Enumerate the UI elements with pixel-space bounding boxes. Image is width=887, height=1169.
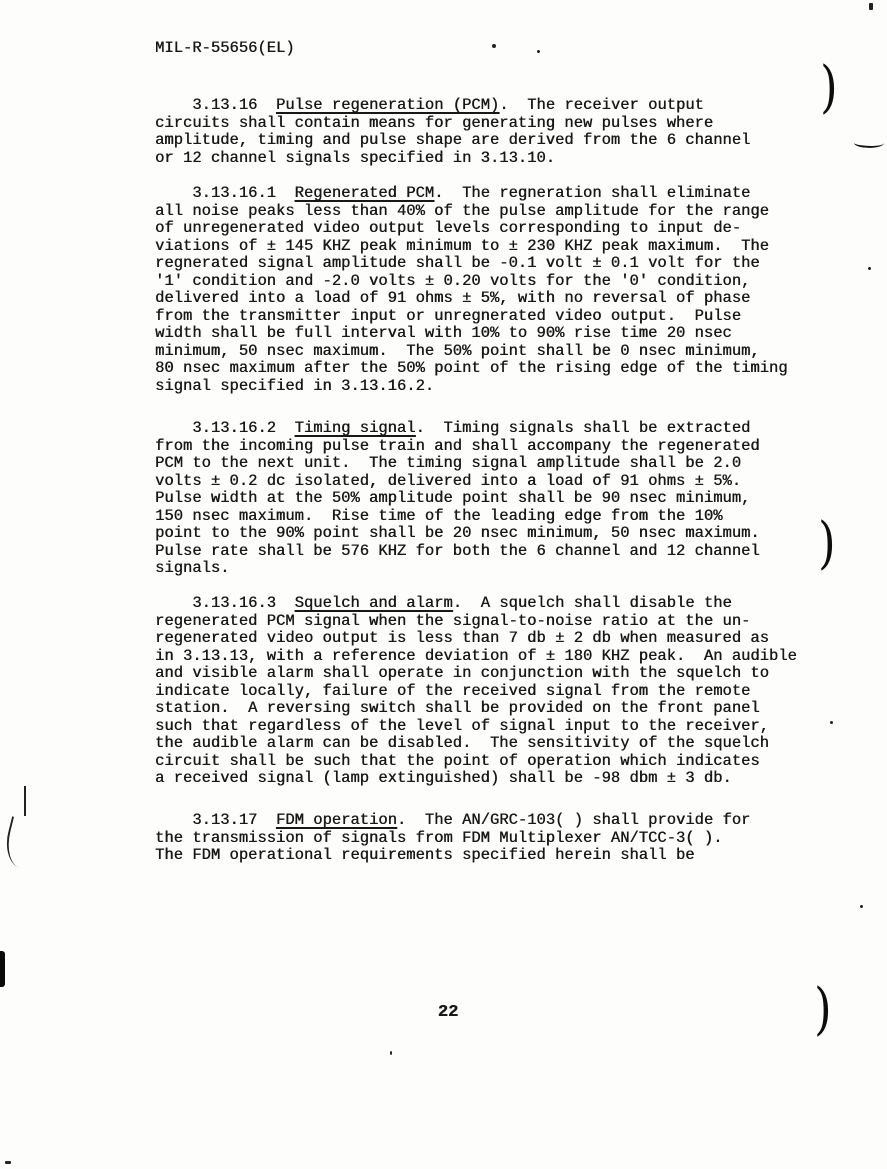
paragraph-first-line-rest: . The AN/GRC-103( ) shall provide for: [397, 811, 750, 829]
paragraph-indent: [155, 594, 192, 612]
text-line: in 3.13.13, with a reference deviation o…: [155, 648, 855, 666]
paragraph-3.13.17: 3.13.17 FDM operation. The AN/GRC-103( )…: [155, 812, 855, 865]
paragraph-heading: Regenerated PCM: [295, 184, 435, 202]
scan-speck: [492, 44, 496, 48]
text-line: width shall be full interval with 10% to…: [155, 325, 855, 343]
heading-gap: [257, 811, 276, 829]
scan-artifact-left-slash: [0, 816, 31, 867]
heading-gap: [276, 419, 295, 437]
paragraph-first-line: 3.13.16 Pulse regeneration (PCM). The re…: [155, 97, 855, 115]
paragraph-first-line: 3.13.16.3 Squelch and alarm. A squelch s…: [155, 595, 855, 613]
paragraph-3.13.16: 3.13.16 Pulse regeneration (PCM). The re…: [155, 97, 855, 167]
text-line: point to the 90% point shall be 20 nsec …: [155, 525, 855, 543]
text-line: regnerated signal amplitude shall be -0.…: [155, 255, 855, 273]
text-line: such that regardless of the level of sig…: [155, 718, 855, 736]
paragraph-first-line-rest: . A squelch shall disable the: [453, 594, 732, 612]
text-line: the transmission of signals from FDM Mul…: [155, 830, 855, 848]
scan-speck: [860, 905, 863, 908]
text-line: 80 nsec maximum after the 50% point of t…: [155, 360, 855, 378]
text-line: delivered into a load of 91 ohms ± 5%, w…: [155, 290, 855, 308]
text-line: all noise peaks less than 40% of the pul…: [155, 203, 855, 221]
paragraph-first-line-rest: . The receiver output: [499, 96, 704, 114]
doc-number: MIL-R-55656(EL): [155, 39, 295, 57]
text-line: '1' condition and -2.0 volts ± 0.20 volt…: [155, 273, 855, 291]
paragraph-number: 3.13.16.2: [192, 419, 276, 437]
paragraph-3.13.16.3: 3.13.16.3 Squelch and alarm. A squelch s…: [155, 595, 855, 788]
text-line: signal specified in 3.13.16.2.: [155, 378, 855, 396]
heading-gap: [276, 184, 295, 202]
scan-artifact-left-bold-mark: [0, 951, 5, 987]
text-line: circuit shall be such that the point of …: [155, 753, 855, 771]
paragraph-first-line-rest: . Timing signals shall be extracted: [415, 419, 750, 437]
text-line: amplitude, timing and pulse shape are de…: [155, 132, 855, 150]
paragraph-indent: [155, 184, 192, 202]
paragraph-indent: [155, 811, 192, 829]
heading-gap: [276, 594, 295, 612]
heading-gap: [257, 96, 276, 114]
scan-artifact-dash: [854, 137, 885, 149]
paragraph-number: 3.13.17: [192, 811, 257, 829]
document-page: MIL-R-55656(EL) 3.13.16 Pulse regenerati…: [0, 0, 887, 1169]
paragraph-number: 3.13.16.3: [192, 594, 276, 612]
paragraph-3.13.16.2: 3.13.16.2 Timing signal. Timing signals …: [155, 420, 855, 578]
paragraph-number: 3.13.16: [192, 96, 257, 114]
text-line: 150 nsec maximum. Rise time of the leadi…: [155, 508, 855, 526]
text-line: and visible alarm shall operate in conju…: [155, 665, 855, 683]
scan-speck: [5, 1161, 11, 1164]
scan-speck: [869, 3, 873, 10]
text-line: indicate locally, failure of the receive…: [155, 683, 855, 701]
paragraph-heading: Timing signal: [295, 419, 416, 437]
paragraph-first-line-rest: . The regneration shall eliminate: [434, 184, 750, 202]
text-line: volts ± 0.2 dc isolated, delivered into …: [155, 473, 855, 491]
paragraph-first-line: 3.13.17 FDM operation. The AN/GRC-103( )…: [155, 812, 855, 830]
text-line: the audible alarm can be disabled. The s…: [155, 735, 855, 753]
scan-speck: [390, 1051, 392, 1055]
paragraph-heading: FDM operation: [276, 811, 397, 829]
text-line: minimum, 50 nsec maximum. The 50% point …: [155, 343, 855, 361]
text-line: The FDM operational requirements specifi…: [155, 847, 855, 865]
text-line: regenerated PCM signal when the signal-t…: [155, 613, 855, 631]
scan-speck: [868, 267, 871, 270]
paragraph-3.13.16.1: 3.13.16.1 Regenerated PCM. The regnerati…: [155, 185, 855, 395]
paragraph-first-line: 3.13.16.2 Timing signal. Timing signals …: [155, 420, 855, 438]
scan-artifact-paren-top-right: ): [820, 60, 837, 116]
page-number: 22: [428, 1003, 468, 1022]
paragraph-heading: Squelch and alarm: [295, 594, 453, 612]
paragraph-number: 3.13.16.1: [192, 184, 276, 202]
text-line: a received signal (lamp extinguished) sh…: [155, 770, 855, 788]
scan-speck: [830, 721, 833, 724]
text-line: station. A reversing switch shall be pro…: [155, 700, 855, 718]
paragraph-heading: Pulse regeneration (PCM): [276, 96, 499, 114]
scan-artifact-paren-bottom-right: ): [814, 982, 831, 1038]
scan-artifact-paren-mid-right: ): [818, 516, 835, 572]
paragraph-indent: [155, 96, 192, 114]
text-line: signals.: [155, 560, 855, 578]
text-line: from the transmitter input or unregnerat…: [155, 308, 855, 326]
text-line: of unregenerated video output levels cor…: [155, 220, 855, 238]
text-line: Pulse width at the 50% amplitude point s…: [155, 490, 855, 508]
scan-artifact-left-tick: [24, 786, 26, 816]
text-line: PCM to the next unit. The timing signal …: [155, 455, 855, 473]
text-line: viations of ± 145 KHZ peak minimum to ± …: [155, 238, 855, 256]
text-line: or 12 channel signals specified in 3.13.…: [155, 150, 855, 168]
paragraph-first-line: 3.13.16.1 Regenerated PCM. The regnerati…: [155, 185, 855, 203]
text-line: circuits shall contain means for generat…: [155, 115, 855, 133]
text-line: from the incoming pulse train and shall …: [155, 438, 855, 456]
text-line: regenerated video output is less than 7 …: [155, 630, 855, 648]
paragraph-indent: [155, 419, 192, 437]
scan-speck: [537, 50, 540, 53]
text-line: Pulse rate shall be 576 KHZ for both the…: [155, 543, 855, 561]
